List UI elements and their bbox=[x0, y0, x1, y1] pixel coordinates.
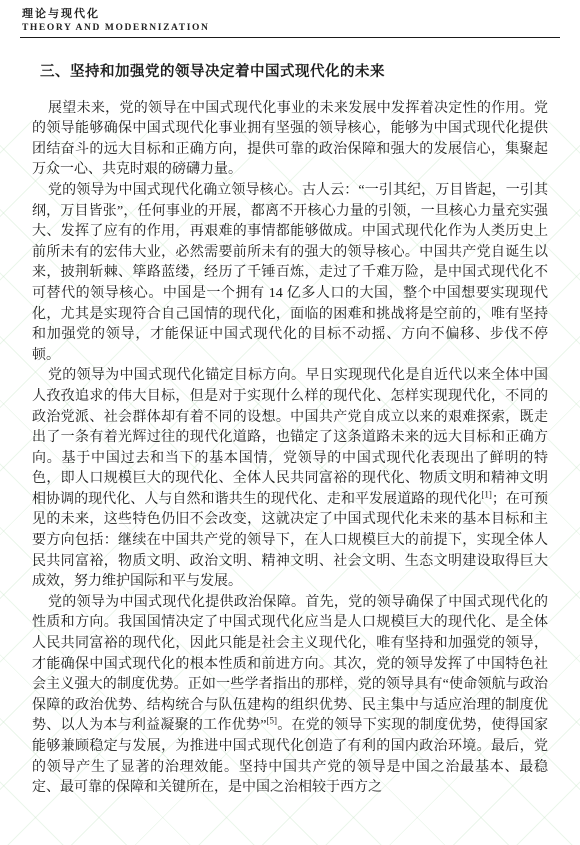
journal-title-cn: 理论与现代化 bbox=[22, 8, 560, 21]
paragraph: 党的领导为中国式现代化提供政治保障。首先，党的领导确保了中国式现代化的性质和方向… bbox=[32, 593, 548, 799]
paragraph-text: 党的领导为中国式现代化提供政治保障。首先，党的领导确保了中国式现代化的性质和方向… bbox=[32, 595, 548, 734]
citation-superscript: [1] bbox=[481, 489, 492, 499]
section-heading: 三、坚持和加强党的领导决定着中国式现代化的未来 bbox=[40, 62, 548, 83]
journal-title-en: THEORY AND MODERNIZATION bbox=[22, 22, 560, 34]
paragraph: 党的领导为中国式现代化确立领导核心。古人云：“一引其纪，万目皆起，一引其纲，万目… bbox=[32, 181, 548, 366]
journal-page: 理论与现代化 THEORY AND MODERNIZATION 三、坚持和加强党… bbox=[0, 0, 580, 845]
paragraph-text: 展望未来，党的领导在中国式现代化事业的未来发展中发挥着决定性的作用。党的领导能够… bbox=[32, 101, 548, 178]
article-body: 三、坚持和加强党的领导决定着中国式现代化的未来 展望未来，党的领导在中国式现代化… bbox=[32, 52, 548, 799]
citation-superscript: [5] bbox=[266, 716, 277, 726]
paragraph-text: 党的领导为中国式现代化确立领导核心。古人云：“一引其纪，万目皆起，一引其纲，万目… bbox=[32, 183, 548, 363]
journal-header: 理论与现代化 THEORY AND MODERNIZATION bbox=[22, 8, 560, 34]
paragraph: 展望未来，党的领导在中国式现代化事业的未来发展中发挥着决定性的作用。党的领导能够… bbox=[32, 99, 548, 181]
paragraph-text: 党的领导为中国式现代化锚定目标方向。早日实现现代化是自近代以来全体中国人孜孜追求… bbox=[32, 368, 548, 507]
header-rule bbox=[20, 37, 560, 38]
paragraph: 党的领导为中国式现代化锚定目标方向。早日实现现代化是自近代以来全体中国人孜孜追求… bbox=[32, 366, 548, 593]
